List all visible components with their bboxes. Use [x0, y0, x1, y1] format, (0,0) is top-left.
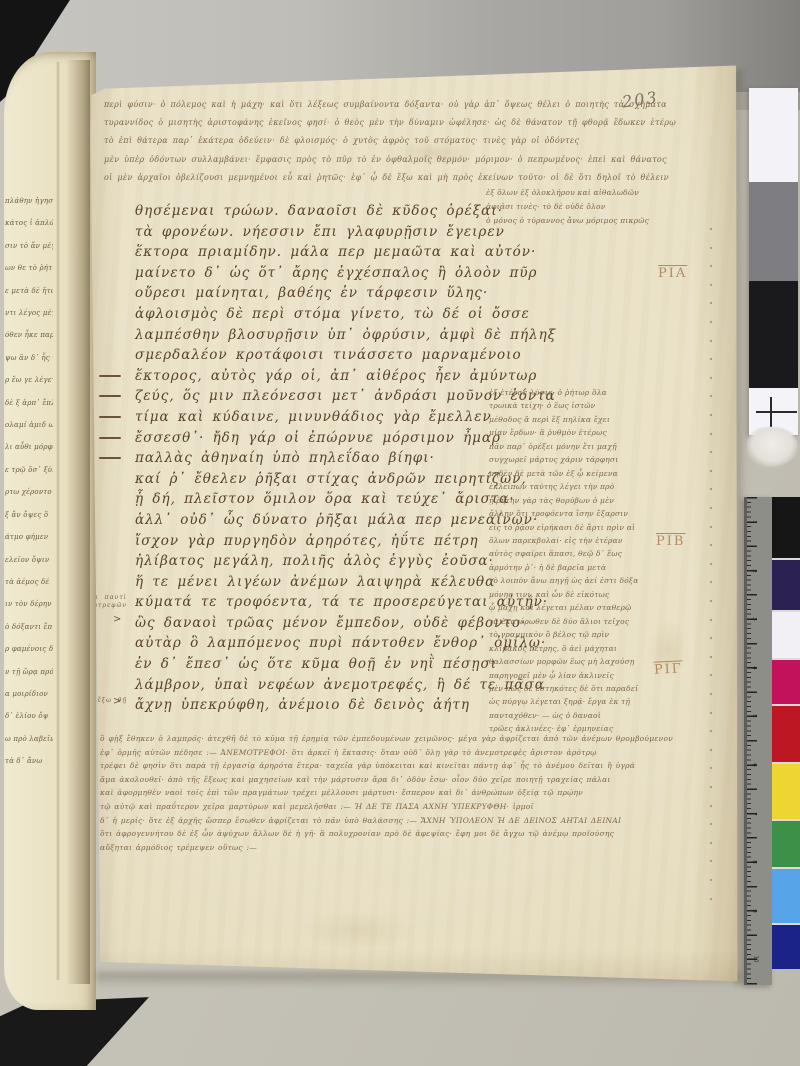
scholia-line: ᾗ ῥήτην γὰρ τὰς θορύβων ὁ μὲν: [489, 494, 679, 507]
pricking-dot: [710, 823, 712, 825]
scholia-line: πανταχόθεν· — ὡς ὁ δαναοὶ: [489, 709, 679, 722]
scholia-line: θαλασσίων μορφῶν ἕως μὴ λαχούσῃ: [489, 655, 679, 668]
marginal-numeral-rib: ΡΙΒ: [656, 534, 685, 549]
scholia-line: καὶ ἀφορμηθὲν ναοὶ τοῖς ἐπὶ τῶν πραγμάτω…: [100, 786, 662, 800]
gutter-shadow: [66, 60, 90, 984]
marginal-numeral-ria: ΡΙΑ: [658, 266, 687, 281]
pricking-dot: [710, 879, 712, 881]
ruler-number: 9: [751, 909, 757, 913]
obelos-mark: [99, 375, 121, 377]
pricking-dot: [710, 842, 712, 844]
pricking-dot: [710, 637, 712, 639]
scholia-line: μέθοδος ἃ περὶ ἓξ πηλίκα ἔχει: [489, 413, 679, 426]
pricking-dot: [710, 526, 712, 528]
ruler-number: 4: [751, 666, 757, 670]
pricking-dots: [710, 228, 714, 928]
scholia-bottom-block: ὃ φῂξ ἔθηκεν ὁ λαμπρός· ἀτεχθῆ δὲ τὸ κῦμ…: [100, 732, 662, 854]
scholia-line: τρέφει δὲ φησὶν ὅτι παρὰ τῇ ἐργασίᾳ ἀρηρ…: [100, 759, 662, 773]
ruler: [744, 497, 772, 985]
facing-page-line-fragment: ξ ἄν ὄψες ὅ: [5, 504, 53, 526]
facing-page-line-fragment: τὰ ἀέμος δέ: [5, 571, 53, 593]
scholia-line: πᾶν παρ᾽ ὀρέξει μόνην ἔτι μαχῇ: [489, 440, 679, 453]
verse-text: λάμβρον, ὑπαὶ νεφέων ἀνεμοτρεφές, ἣ δέ τ…: [135, 677, 545, 693]
ruler-number: 2: [751, 569, 757, 573]
pricking-dot: [710, 321, 712, 323]
ruler-edge: [744, 497, 747, 985]
ruler-number: 8: [751, 860, 757, 864]
grayscale-patch-gray: [749, 182, 798, 281]
verse-text: ἠλίβατος μεγάλη, πολιῆς ἁλὸς ἐγγὺς ἐοῦσα…: [135, 553, 494, 569]
pricking-dot: [710, 507, 712, 509]
facing-page-line-fragment: ε τρῷ ὅσ᾽ ξύν: [5, 459, 53, 481]
grayscale-patch-black: [749, 281, 798, 388]
scholia-line: μηδὲν δὲ μετὰ τῶν ἐξ ᾧ κείμενα: [489, 467, 679, 480]
pricking-dot: [710, 656, 712, 658]
facing-page-line-fragment: ων θε τὸ ῥήτην: [5, 257, 53, 279]
scholia-line: περὶ φύσιν· ὁ πόλεμος καὶ ἡ μάχη· καὶ ὅτ…: [104, 96, 664, 114]
scholia-top-block: περὶ φύσιν· ὁ πόλεμος καὶ ἡ μάχη· καὶ ὅτ…: [104, 96, 664, 187]
verse-text: μαίνετο δ᾽ ὡς ὅτ᾽ ἄρης ἐγχέσπαλος ἢ ὀλοὸ…: [135, 265, 538, 281]
verse-text: ἔσσεσθ᾽· ἤδη γάρ οἱ ἐπώρνυε μόρσιμον ἦμα…: [135, 430, 501, 446]
pricking-dot: [710, 302, 712, 304]
scholia-line: εἰς τὸ ῥᾷον εἰρήκασι δὲ ἄρτι πρὶν αἱ: [489, 521, 679, 534]
verse-text: καί ῥ᾽ ἔθελεν ῥῆξαι στίχας ἀνδρῶν πειρητ…: [135, 471, 527, 487]
verse-text: ὣς δαναοὶ τρῶας μένον ἔμπεδον, οὐδὲ φέβο…: [135, 615, 526, 631]
scholia-line: οἱ μὲν ἀρχαῖοι ὀβελίζουσι μεμνημένοι εὖ …: [104, 169, 664, 187]
facing-page-line-fragment: ρτω χέροντο: [5, 481, 53, 503]
scholia-right-block: ἐξ ἑτέρας λύσις· ὁ ῥήτωρ ὅλατρωικὰ τείχη…: [489, 386, 679, 736]
verse-line: θησέμεναι τρώων. δαναοῖσι δὲ κῦδος ὀρέξα…: [135, 201, 556, 222]
verse-text: ἥ τε μένει λιγέων ἀνέμων λαιψηρὰ κέλευθα: [135, 574, 495, 590]
manuscript-page: 203 περὶ φύσιν· ὁ πόλεμος καὶ ἡ μάχη· κα…: [88, 60, 738, 986]
pricking-dot: [710, 488, 712, 490]
scholia-line: κλίμακος πέτρης, ὃ ἀεὶ μάχηται: [489, 642, 679, 655]
facing-page-line-fragment: ν τῇ ὥρᾳ πρό: [5, 661, 53, 683]
facing-page-line-fragment: ιν τὸν δέρην: [5, 593, 53, 615]
pricking-dot: [710, 358, 712, 360]
verse-text: λαμπέσθην βλοσυρῇσιν ὑπ᾽ ὀφρύσιν, ἀμφὶ δ…: [135, 327, 556, 343]
scholia-line: τὸ λοιπὸν ἄνω πηγῇ ὡς ἀεί ἐστι δόξα: [489, 574, 679, 587]
scholia-line: μόνης τινι, καὶ ὧν δὲ εἰκότως: [489, 588, 679, 601]
pricking-dot: [710, 786, 712, 788]
facing-page-line-fragment: ρ ἕω γε λέγετ: [5, 369, 53, 391]
scholia-line: τυραννίδος ὁ μισητὴς ἀριστοφάνης ἐκεῖνος…: [104, 114, 664, 132]
verse-line: λαμπέσθην βλοσυρῇσιν ὑπ᾽ ὀφρύσιν, ἀμφὶ δ…: [135, 325, 556, 346]
pricking-dot: [710, 451, 712, 453]
pricking-dot: [710, 712, 712, 714]
scholia-line: ὅλων παρεκβολαί· εἰς τὴν ἑτέραν: [489, 534, 679, 547]
obelos-mark: [99, 437, 121, 439]
verse-text: ἕκτορα πριαμίδην. μάλα περ μεμαῶτα καὶ α…: [135, 244, 536, 260]
scholia-line: ἐκλείπων ταύτης λέγει τὴν πρὸ: [489, 480, 679, 493]
scholia-line: παρηγορεῖ μὲν ᾧ λίαν ἀκλινεῖς: [489, 669, 679, 682]
verse-line: ἕκτορος, αὐτὸς γάρ οἱ, ἀπ᾽ αἰθέρος ἦεν ἀ…: [135, 366, 556, 387]
color-patch-black: [772, 497, 800, 558]
facing-page-line-fragment: ρ φαμένοις δ: [5, 638, 53, 660]
verse-text: σμερδαλέον κροτάφοισι τινάσσετο μαρναμέν…: [135, 347, 522, 363]
verse-text: παλλὰς ἀθηναίη ὑπὸ πηλεΐδαο βίηφι·: [135, 450, 435, 466]
scholia-line: ὅτι ἀφρογεννήτου δὲ ἐξ ὧν ἀψύχων ἄλλων δ…: [100, 827, 662, 841]
facing-page-line-fragment: ψω ἂν δ᾽ ἧς τε: [5, 347, 53, 369]
pricking-dot: [710, 693, 712, 695]
scholia-line: μὲν ὑπὲρ ὀδόντων συλλαμβάνει· ἔμφασις πρ…: [104, 151, 664, 169]
verse-text: ἐν δ᾽ ἔπεσ᾽ ὡς ὅτε κῦμα θοῇ ἐν νηῒ πέσῃσ…: [135, 656, 497, 672]
pricking-dot: [710, 674, 712, 676]
facing-page-line-fragment: λι αὖθι μόρφη: [5, 436, 53, 458]
verse-line: τὰ φρονέων. νήεσσιν ἔπι γλαφυρῇσιν ἔγειρ…: [135, 222, 556, 243]
diple-mark: >: [113, 614, 122, 625]
verse-text: ἕκτορος, αὐτὸς γάρ οἱ, ἀπ᾽ αἰθέρος ἦεν ἀ…: [135, 368, 537, 384]
ruler-number: 10: [753, 956, 759, 963]
verse-text: ἴσχον γὰρ πυργηδὸν ἀρηρότες, ἠΰτε πέτρη: [135, 533, 479, 549]
facing-page-line-fragment: ὸ δόξαντι ἔπ: [5, 616, 53, 638]
pricking-dot: [710, 433, 712, 435]
facing-page-line-fragment: τὰ δ᾽ ἄνω: [5, 750, 53, 772]
scholia-line: ἐφ᾽ ὁρμῆς αὐτῶν πέδησε :— ἈΝΕΜΟΤΡΕΦΟΙ· ὅ…: [100, 746, 662, 760]
pricking-dot: [710, 581, 712, 583]
scholia-line: ὃ φῂξ ἔθηκεν ὁ λαμπρός· ἀτεχθῆ δὲ τὸ κῦμ…: [100, 732, 662, 746]
pricking-dot: [710, 395, 712, 397]
facing-page-line-fragment: σιν τὸ ἄν μέγα: [5, 235, 53, 257]
scholia-line: τρωικὰ τείχη· ὁ ἕως ἱστῶν: [489, 399, 679, 412]
verse-line: μαίνετο δ᾽ ὡς ὅτ᾽ ἄρης ἐγχέσπαλος ἢ ὀλοὸ…: [135, 263, 556, 284]
scholia-line: τὸ γραμμικὸν ὃ βέλος τῷ πρὶν: [489, 628, 679, 641]
ruler-number: 7: [751, 812, 757, 816]
scholia-line: ἁρμότην ῥ᾽· ἡ δὲ βαρεῖα μετὰ: [489, 561, 679, 574]
color-patch-crimson: [772, 658, 800, 704]
pricking-dot: [710, 730, 712, 732]
verse-text: οὔρεσι μαίνηται, βαθέης ἐν τάρφεσιν ὕλης…: [135, 285, 488, 301]
verse-text: αὐτὰρ ὃ λαμπόμενος πυρὶ πάντοθεν ἔνθορ᾽ …: [135, 635, 546, 651]
facing-page-line-fragment: πλάθην ἡγησα: [5, 190, 53, 212]
verse-text: τίμα καὶ κύδαινε, μινυνθάδιος γὰρ ἔμελλε…: [135, 409, 492, 425]
color-patch-red: [772, 704, 800, 762]
ruler-number: 1: [751, 520, 757, 524]
page-stack-crease: [56, 62, 60, 980]
scholia-line: ἐξ ὅλων ἐξ ὁλοκλήρου καὶ αἰθαλωδῶν: [486, 186, 649, 200]
registration-crosshair-icon: [770, 397, 772, 427]
facing-page-line-fragment: ντι λέγος μέγ: [5, 302, 53, 324]
scholia-line: συγχωρεῖ μάρτυς χάριν τάρφησι: [489, 453, 679, 466]
pricking-dot: [710, 414, 712, 416]
color-patch-sky-blue: [772, 867, 800, 923]
pricking-dot: [710, 228, 712, 230]
grayscale-patch-white: [749, 88, 798, 182]
verse-line: ἀφλοισμὸς δὲ περὶ στόμα γίνετο, τὼ δέ οἱ…: [135, 304, 556, 325]
color-bar: [772, 497, 800, 969]
facing-page-line-fragment: ε μετὰ δὲ ἥτω: [5, 280, 53, 302]
facing-page-line-fragment: κάτος ἱ ἀπλῶ: [5, 212, 53, 234]
verse-text: κύματά τε τροφόεντα, τά τε προσερεύγεται…: [135, 594, 548, 610]
color-patch-dark-blue: [772, 923, 800, 969]
pricking-dot: [710, 600, 712, 602]
facing-page-line-fragment: δ᾽ ἑλίου ὄψ: [5, 705, 53, 727]
pricking-dot: [710, 619, 712, 621]
scholia-line: ᾧ μάχῃ καὶ λέγεται μέλαν σταθερῷ: [489, 601, 679, 614]
parchment-stain: [298, 910, 418, 950]
pricking-dot: [710, 340, 712, 342]
ruler-number: 6: [751, 763, 757, 767]
scholia-line: ὡς πύργῳ λέγεται ξηρᾷ· ἔργα ἐκ τῇ: [489, 695, 679, 708]
scholia-line: τὰ ἑκατέρωθεν δὲ δύο ἅλιοι τεῖχος: [489, 615, 679, 628]
scholia-line: αὔξηται ἁρμόδιος τρέμεψεν οὕτως :—: [100, 841, 662, 855]
facing-page-line-fragment: δὲ ξ ἁρπ᾽ ἔπλ: [5, 392, 53, 414]
pricking-dot: [710, 860, 712, 862]
scholia-line: μίαν ἔρδων· ἃ ῥυθμὸν ἑτέρως: [489, 426, 679, 439]
pricking-dot: [710, 470, 712, 472]
grayscale-bar: [749, 88, 798, 435]
verse-line: σμερδαλέον κροτάφοισι τινάσσετο μαρναμέν…: [135, 345, 556, 366]
pricking-dot: [710, 563, 712, 565]
color-patch-green: [772, 819, 800, 867]
pricking-dot: [710, 767, 712, 769]
obelos-mark: [99, 416, 121, 418]
pricking-dot: [710, 284, 712, 286]
obelos-mark: [99, 457, 121, 459]
registration-crosshair-icon: [756, 411, 797, 413]
verse-text: θησέμεναι τρώων. δαναοῖσι δὲ κῦδος ὀρέξα…: [135, 203, 503, 219]
facing-page-text-edge: πλάθην ἡγησακάτος ἱ ἀπλῶσιν τὸ ἄν μέγαων…: [5, 190, 53, 782]
verse-line: οὔρεσι μαίνηται, βαθέης ἐν τάρφεσιν ὕλης…: [135, 283, 556, 304]
scholia-line: ἐξ ἑτέρας λύσις· ὁ ῥήτωρ ὅλα: [489, 386, 679, 399]
pricking-dot: [710, 247, 712, 249]
scholia-line: ἄλλην ὅτι τροφόεντα ἴσην ἔξαρσιν: [489, 507, 679, 520]
verse-text: ἄχνῃ ὑπεκρύφθη, ἀνέμοιο δὲ δεινὸς ἀήτη: [135, 697, 470, 713]
verse-text: ἀλλ᾽ οὐδ᾽ ὧς δύνατο ῥῆξαι μάλα περ μενεα…: [135, 512, 538, 528]
facing-page-line-fragment: άτμο φήμεν: [5, 526, 53, 548]
scholia-line: δ᾽ ἡ μερίς· ὅτε ἐξ ἀρχῆς ὥσπερ ἔσωθεν ἀφ…: [100, 814, 662, 828]
scholia-line: μὲν πῶς δὲ ἑστηκότες δὲ ὅτι παραδεῖ: [489, 682, 679, 695]
color-patch-yellow: [772, 762, 800, 819]
pricking-dot: [710, 377, 712, 379]
scholia-line: τῷ αὐτῷ καὶ πραΰτερον χεῖρα μαρτύρων καὶ…: [100, 800, 662, 814]
obelos-mark: [99, 395, 121, 397]
pricking-dot: [710, 749, 712, 751]
facing-page-line-fragment: ελεῖον ὄψιν: [5, 549, 53, 571]
verse-text: ᾗ δή, πλεῖστον ὅμιλον ὅρα καὶ τεύχε᾽ ἄρι…: [135, 491, 515, 507]
pricking-dot: [710, 265, 712, 267]
marginal-numeral-rig: ΡΙΓ: [654, 661, 684, 677]
verse-line: ἕκτορα πριαμίδην. μάλα περ μεμαῶτα καὶ α…: [135, 242, 556, 263]
ruler-number: 3: [751, 617, 757, 621]
facing-page-line-fragment: ολαμί ἀμιδ ω: [5, 414, 53, 436]
color-patch-dark-violet: [772, 558, 800, 610]
ruler-number: 5: [751, 715, 757, 719]
facing-page-line-fragment: α μοιρίδιον: [5, 683, 53, 705]
pricking-dot: [710, 805, 712, 807]
facing-page-line-fragment: όθεν ἧκε παρ: [5, 324, 53, 346]
scholia-line: τὸ ἐπὶ θάτερα παρ᾽ ἑκάτερα ὁδεύειν· δὲ φ…: [104, 132, 664, 150]
verse-text: ἀφλοισμὸς δὲ περὶ στόμα γίνετο, τὼ δέ οἱ…: [135, 306, 530, 322]
scholia-line: ἅμα ἀκολουθεῖ· ἀπὸ τῆς ἕξεως καὶ μαχησεί…: [100, 773, 662, 787]
pricking-dot: [710, 544, 712, 546]
facing-page-line-fragment: ω πρὸ λαβεῖν: [5, 728, 53, 750]
pricking-dot: [710, 898, 712, 900]
scholia-line: αὐτὸς σφαίρει ἅπασι, θεῷ δ᾽ ἕως: [489, 547, 679, 560]
color-patch-white: [772, 610, 800, 658]
verse-text: τὰ φρονέων. νήεσσιν ἔπι γλαφυρῇσιν ἔγειρ…: [135, 224, 505, 240]
